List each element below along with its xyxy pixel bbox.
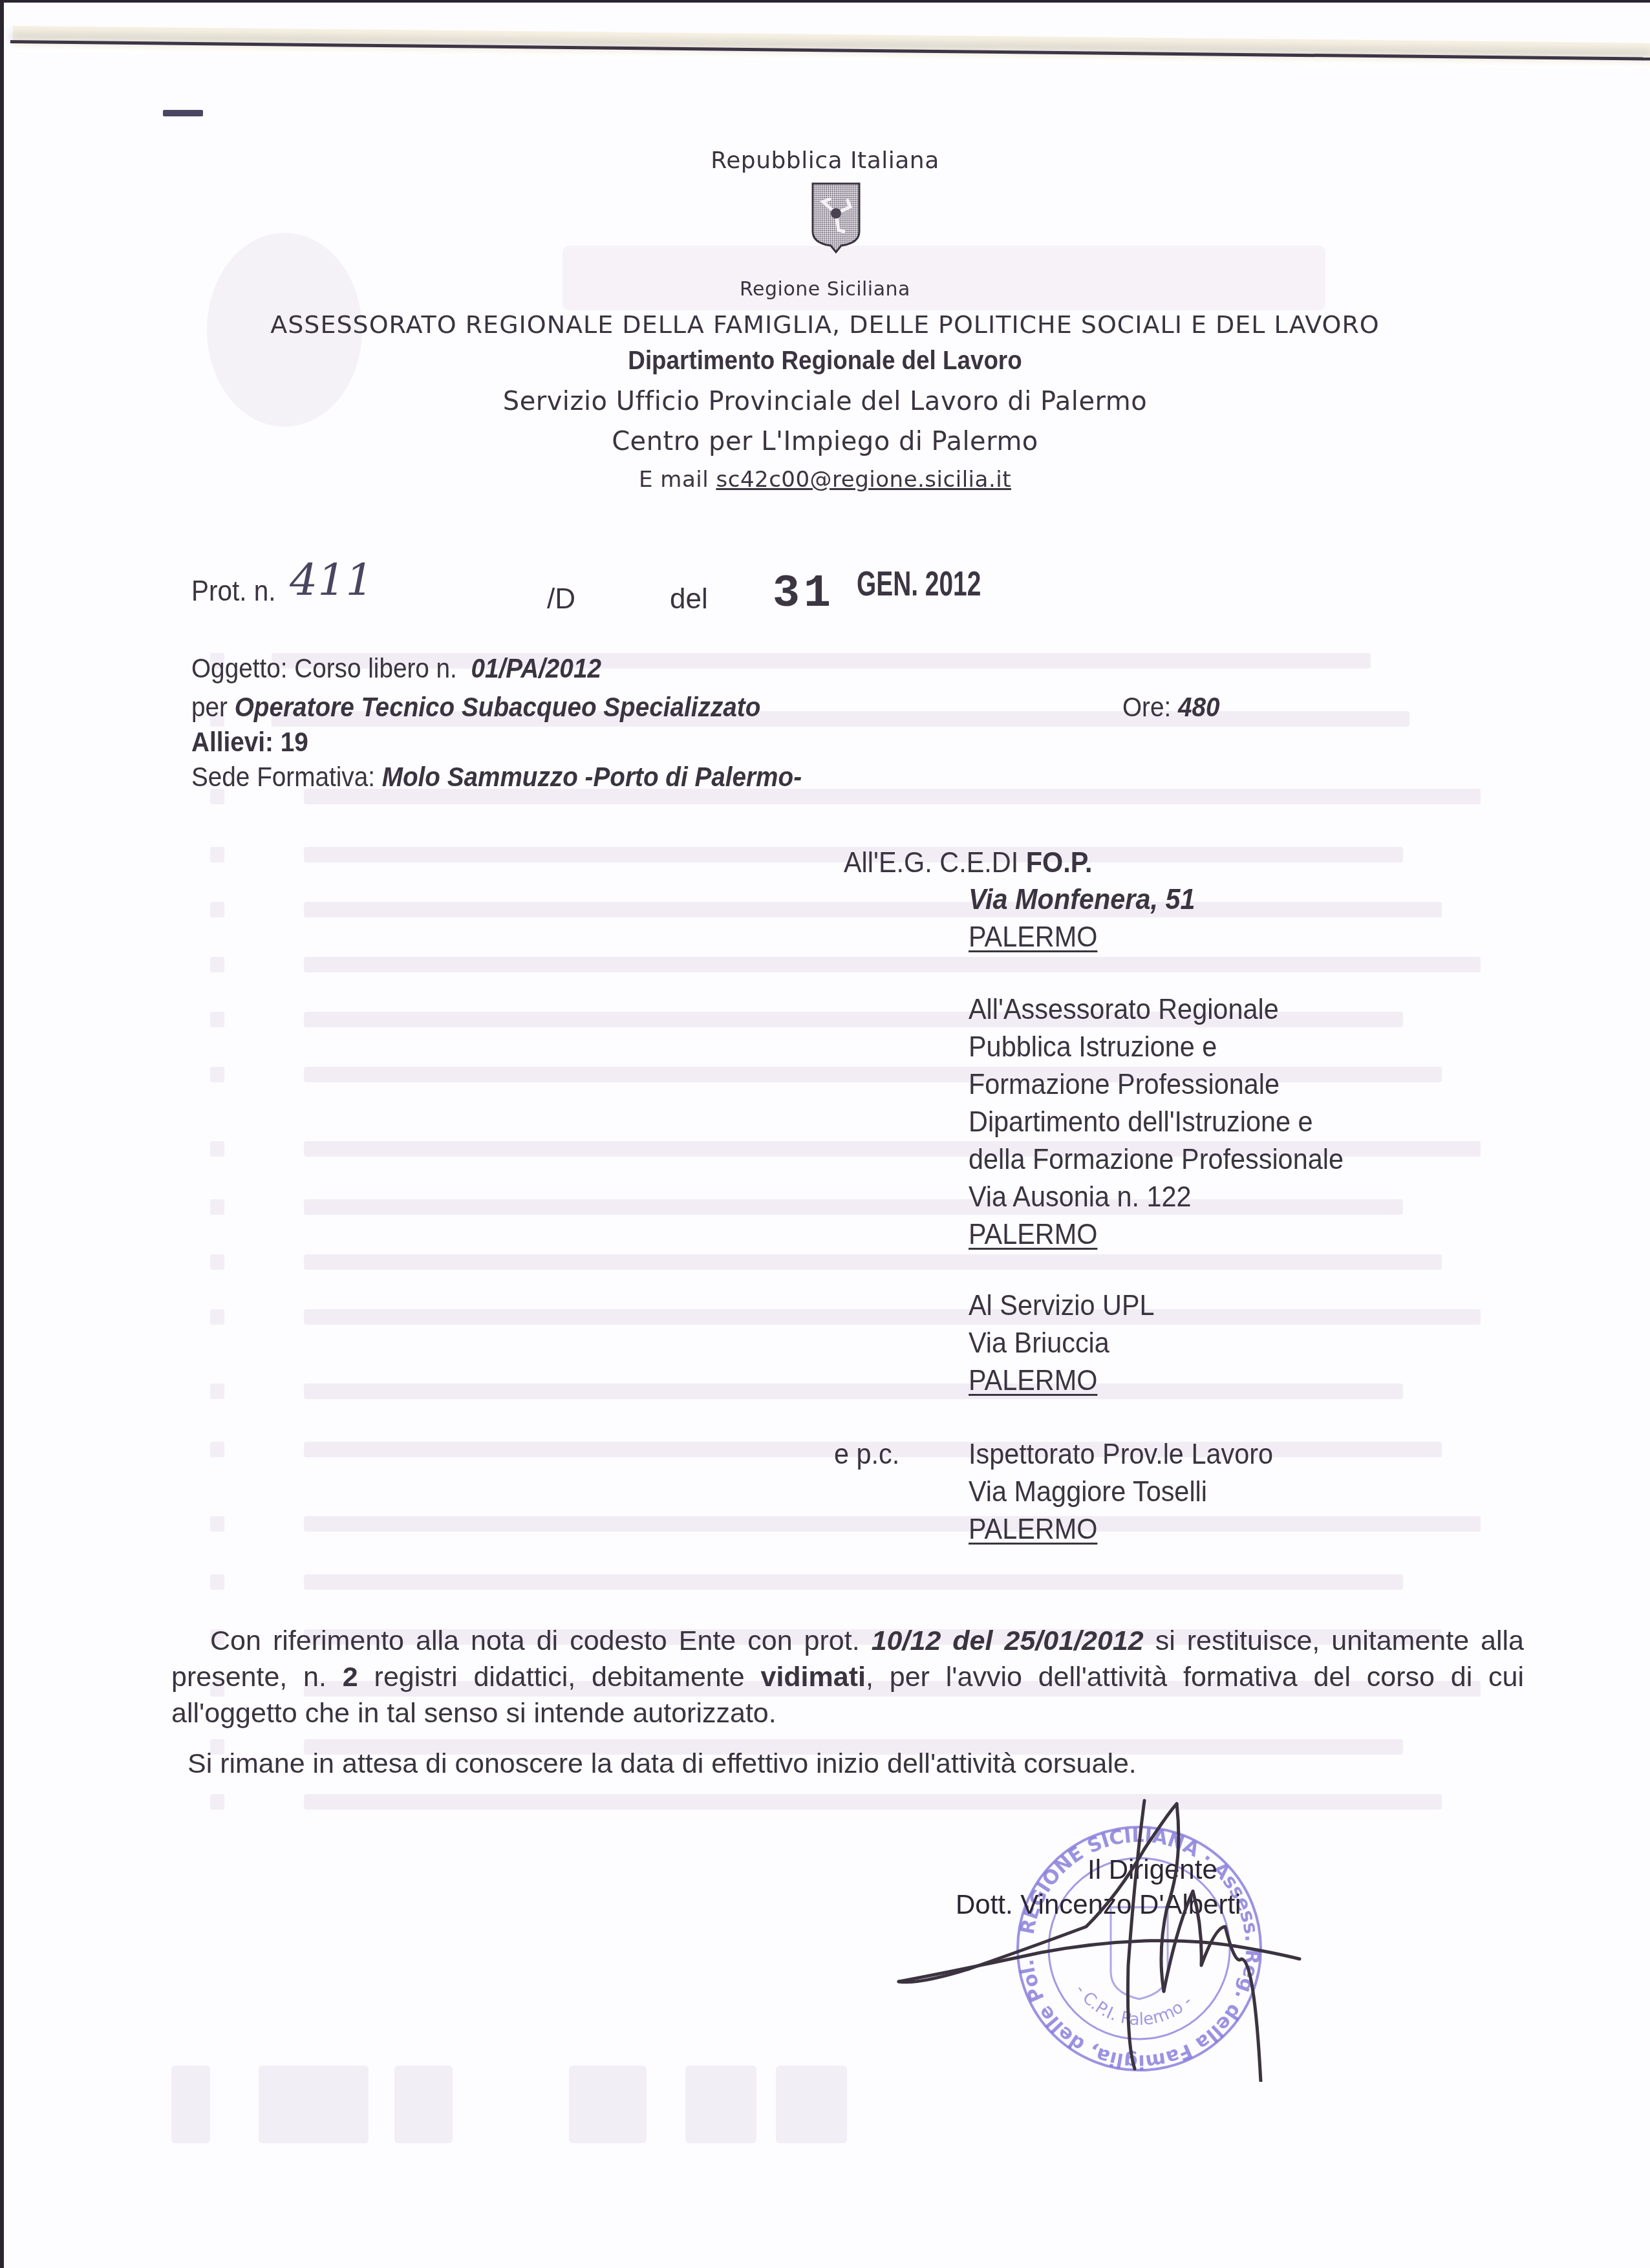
bleed-through-row [304, 1574, 1403, 1590]
protocol-suffix: /D [547, 583, 575, 615]
centro-heading: Centro per L'Impiego di Palermo [0, 427, 1650, 456]
bleed-through-row-number [210, 1794, 224, 1810]
bleed-through-row [304, 1309, 1481, 1325]
assessorato-heading: ASSESSORATO REGIONALE DELLA FAMIGLIA, DE… [0, 310, 1650, 339]
recipient-1-city: PALERMO [969, 918, 1195, 956]
recipient-2-line: All'Assessorato Regionale [969, 990, 1344, 1028]
recipient-2-line: Dipartimento dell'Istruzione e [969, 1103, 1344, 1140]
recipient-1-header: All'E.G. C.E.DI FO.P. [844, 844, 1092, 881]
email-label: E mail [639, 467, 709, 493]
body-paragraph-1: Con riferimento alla nota di codesto Ent… [171, 1623, 1524, 1731]
course-name: Operatore Tecnico Subacqueo Specializzat… [235, 692, 761, 723]
bleed-through-footer [259, 2066, 369, 2143]
bleed-through-row-number [210, 1384, 224, 1399]
bleed-through-row-number [210, 847, 224, 862]
servizio-heading: Servizio Ufficio Provinciale del Lavoro … [0, 387, 1650, 416]
bleed-through-row-number [210, 957, 224, 972]
recipient-3-city: PALERMO [969, 1362, 1155, 1399]
subject-label: Oggetto: Corso libero n. [191, 653, 457, 684]
sicily-trinacria-shield-icon [810, 181, 862, 253]
recipient-2: All'Assessorato Regionale Pubblica Istru… [969, 990, 1344, 1253]
venue-value: Molo Sammuzzo -Porto di Palermo- [382, 762, 802, 793]
vidimati-emphasis: vidimati [760, 1662, 866, 1693]
body-paragraph-2: Si rimane in attesa di conoscere la data… [187, 1746, 1137, 1782]
bleed-through-row-number [210, 1067, 224, 1082]
recipient-1-address: Via Monfenera, 51 PALERMO [969, 881, 1195, 956]
recipient-3-street: Via Briuccia [969, 1324, 1155, 1362]
bleed-through-row-number [210, 1574, 224, 1590]
recipient-2-line: della Formazione Professionale [969, 1140, 1344, 1178]
protocol-del-label: del [670, 583, 708, 615]
students-value: 19 [281, 727, 308, 758]
reference-protocol: 10/12 del 25/01/2012 [872, 1625, 1144, 1656]
date-stamp-month-year: GEN. 2012 [857, 564, 981, 604]
bleed-through-footer [776, 2066, 847, 2143]
bleed-through-row-number [210, 902, 224, 917]
bleed-through-footer [569, 2066, 647, 2143]
dipartimento-heading: Dipartimento Regionale del Lavoro [66, 347, 1584, 376]
recipient-1-street: Via Monfenera, 51 [969, 883, 1195, 915]
recipient-2-line: Pubblica Istruzione e [969, 1028, 1344, 1065]
bleed-through-row-number [210, 1442, 224, 1457]
body-text: Si rimane in attesa di conoscere la data… [187, 1748, 1137, 1779]
hours-label: Ore: [1122, 692, 1171, 723]
body-text: registri didattici, debitamente [374, 1662, 745, 1693]
bleed-through-row [304, 1516, 1481, 1532]
venue-line: Sede Formativa: Molo Sammuzzo -Porto di … [191, 762, 802, 793]
bleed-through-row [304, 902, 1442, 917]
recipient-2-city: PALERMO [969, 1215, 1344, 1253]
students-label: Allievi: [191, 727, 273, 758]
bleed-through-row-number [210, 1309, 224, 1325]
cc-label: e p.c. [834, 1435, 899, 1473]
bleed-through-row-number [210, 1254, 224, 1270]
hours-field: Ore: 480 [1122, 692, 1220, 723]
bleed-through-row-number [210, 1141, 224, 1157]
recipient-1-prefix: All'E.G. C.E.DI [844, 846, 1018, 879]
bleed-through-row-number [210, 1516, 224, 1532]
bleed-through-footer [685, 2066, 756, 2143]
course-number: 01/PA/2012 [471, 653, 601, 684]
venue-label: Sede Formativa: [191, 762, 375, 793]
register-count: 2 [343, 1662, 358, 1693]
bleed-through-row [304, 1254, 1442, 1270]
students-line: Allievi: 19 [191, 727, 308, 758]
recipient-3-line: Al Servizio UPL [969, 1287, 1155, 1324]
bleed-through-footer [171, 2066, 210, 2143]
hours-value: 480 [1178, 692, 1220, 723]
scan-shadow [13, 26, 1650, 69]
recipient-4-street: Via Maggiore Toselli [969, 1473, 1273, 1510]
recipient-1-org: FO.P. [1026, 846, 1093, 879]
recipient-4-line: Ispettorato Prov.le Lavoro [969, 1435, 1273, 1473]
email-line: E mail sc42c00@regione.sicilia.it [0, 467, 1650, 493]
bleed-through-row [304, 957, 1481, 972]
recipient-3: Al Servizio UPL Via Briuccia PALERMO [969, 1287, 1155, 1399]
republic-heading: Repubblica Italiana [0, 147, 1650, 174]
protocol-number: 411 [290, 555, 374, 606]
email-link[interactable]: sc42c00@regione.sicilia.it [716, 467, 1011, 493]
recipient-4: Ispettorato Prov.le Lavoro Via Maggiore … [969, 1435, 1273, 1548]
bleed-through-footer [394, 2066, 453, 2143]
date-stamp-day: 31 [773, 569, 835, 620]
margin-mark [163, 110, 203, 116]
subject-line: Oggetto: Corso libero n. 01/PA/2012 [191, 653, 601, 685]
bleed-through-row-number [210, 1012, 224, 1027]
recipient-2-street: Via Ausonia n. 122 [969, 1178, 1344, 1215]
recipient-2-line: Formazione Professionale [969, 1065, 1344, 1103]
course-line: per Operatore Tecnico Subacqueo Speciali… [191, 692, 760, 723]
protocol-label: Prot. n. [191, 575, 275, 608]
body-text: Con riferimento alla nota di codesto Ent… [210, 1625, 860, 1656]
region-heading: Regione Siciliana [0, 278, 1650, 301]
per-label: per [191, 692, 228, 723]
handwritten-signature-icon [873, 1797, 1325, 2082]
bleed-through-row [304, 1384, 1403, 1399]
recipient-4-city: PALERMO [969, 1510, 1273, 1548]
bleed-through-row-number [210, 1199, 224, 1215]
